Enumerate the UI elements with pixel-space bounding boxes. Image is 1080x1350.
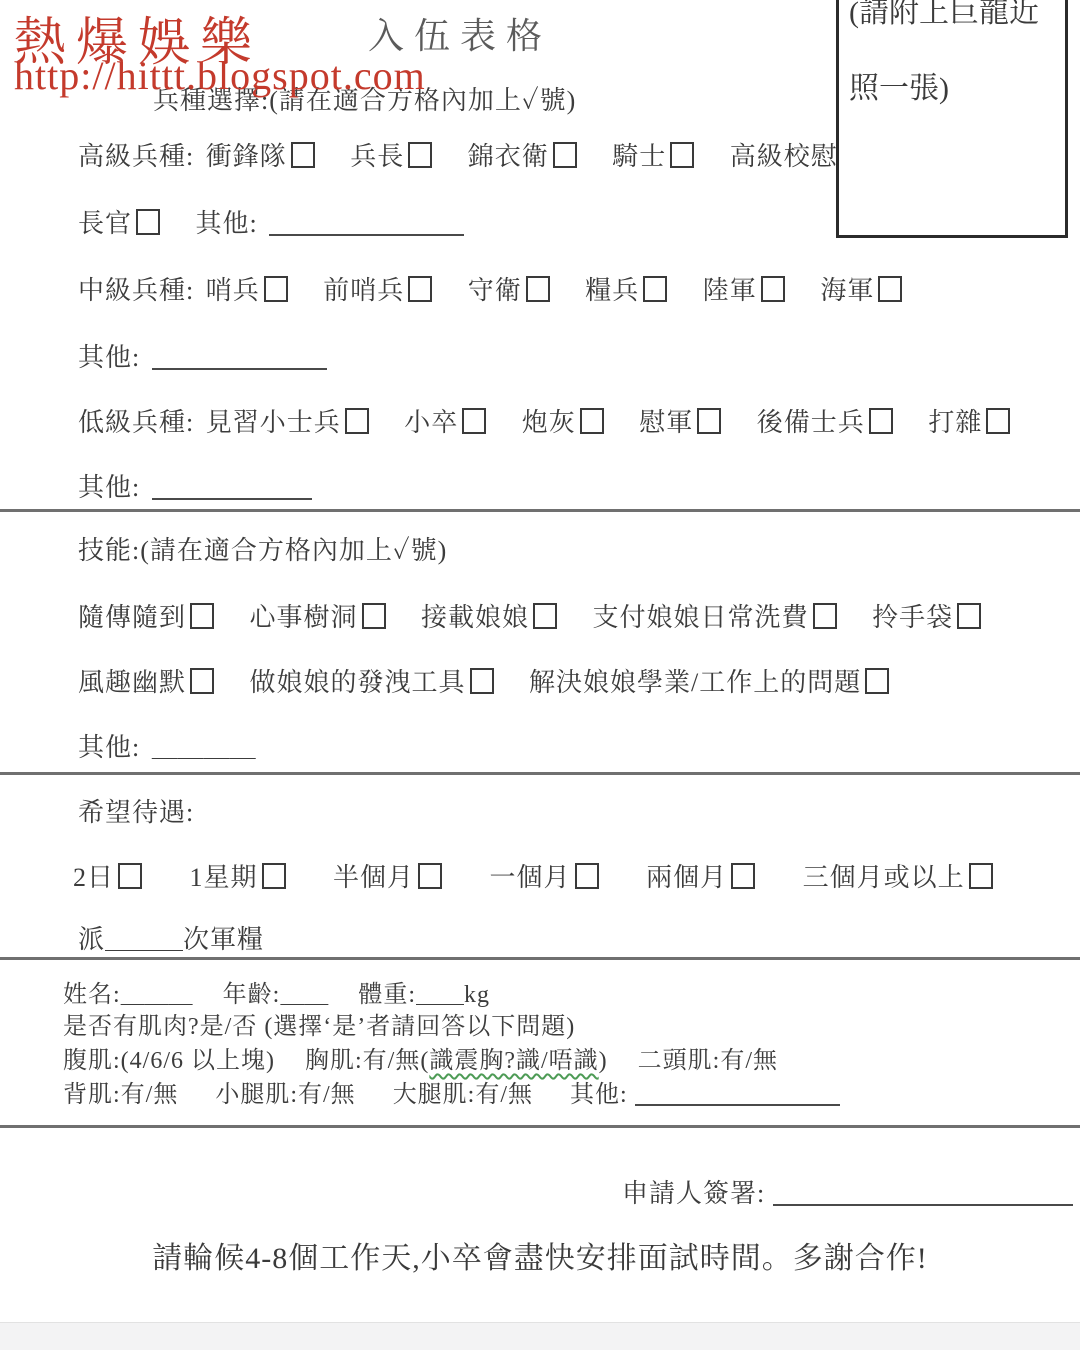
senior-branch-label: 高級兵種:: [78, 142, 194, 171]
ration-suffix: 次軍糧: [183, 925, 264, 954]
abs-label: 腹肌:(4/6/6 以上塊): [63, 1048, 275, 1074]
checkbox-option[interactable]: 小卒: [404, 402, 486, 439]
checkbox-option[interactable]: 心事樹洞: [250, 597, 386, 634]
paren-close: ): [599, 1048, 608, 1074]
checkbox-option[interactable]: 一個月: [490, 857, 599, 894]
calf-label: 小腿肌:有/無: [215, 1082, 355, 1108]
low-branch-label: 低級兵種:: [78, 408, 194, 437]
other-label: 其他:: [78, 343, 140, 372]
mid-other-row: 其他:: [78, 337, 327, 374]
signature-row: 申請人簽署:: [622, 1173, 1073, 1210]
photo-attachment-box: (請附上巨龍近 照一張): [836, 0, 1068, 238]
other-label: 其他:: [196, 209, 258, 238]
photo-box-text-line1: (請附上巨龍近: [849, 0, 1065, 31]
blank-line[interactable]: [152, 476, 312, 500]
checkbox-option[interactable]: 前哨兵: [323, 270, 432, 307]
skills-other-row: 其他: ＿＿＿＿: [78, 727, 256, 764]
skills-row-1: 隨傳隨到 心事樹洞 接載娘娘 支付娘娘日常洗費 拎手袋: [78, 597, 1009, 634]
section-divider: [0, 957, 1080, 960]
section-divider: [0, 1125, 1080, 1128]
mid-branch-row: 中級兵種: 哨兵 前哨兵 守衛 糧兵 陸軍 海軍: [78, 270, 930, 307]
personal-row-3: 腹肌:(4/6/6 以上塊)胸肌:有/無(識震胸?識/唔識)二頭肌:有/無: [63, 1040, 778, 1075]
signature-label: 申請人簽署:: [622, 1179, 765, 1208]
signature-blank-line[interactable]: [773, 1182, 1073, 1206]
paren-open: (: [420, 1048, 429, 1074]
skills-row-2: 風趣幽默 做娘娘的發洩工具 解決娘娘學業/工作上的問題: [78, 662, 917, 699]
checkbox-option[interactable]: 風趣幽默: [78, 662, 214, 699]
checkbox-option[interactable]: 慰軍: [639, 402, 721, 439]
low-branch-row: 低級兵種: 見習小士兵 小卒 炮灰 慰軍 後備士兵 打雜: [78, 402, 1038, 439]
checkbox-option[interactable]: 1星期: [190, 857, 286, 894]
treatment-options-row: 2日 1星期 半個月 一個月 兩個月 三個月或以上: [73, 857, 1033, 894]
biceps-label: 二頭肌:有/無: [638, 1048, 778, 1074]
other-label: 其他:: [78, 473, 140, 502]
name-label: 姓名:: [63, 982, 121, 1008]
checkbox-option[interactable]: 做娘娘的發洩工具: [250, 662, 494, 699]
checkbox-option[interactable]: 炮灰: [522, 402, 604, 439]
senior-branch-row: 高級兵種: 衝鋒隊 兵長 錦衣衛 騎士 高級校慰: [78, 136, 894, 173]
checkbox-option[interactable]: 解決娘娘學業/工作上的問題: [529, 662, 889, 699]
skills-section-header: 技能:(請在適合方格內加上✓號): [78, 530, 447, 567]
bottom-strip: [0, 1322, 1080, 1350]
blank-line[interactable]: ＿＿＿＿: [152, 733, 256, 762]
ration-prefix: 派: [78, 925, 105, 954]
back-label: 背肌:有/無: [63, 1082, 178, 1108]
blank-line[interactable]: [269, 212, 464, 236]
photo-box-text-line2: 照一張): [849, 63, 1065, 107]
personal-row-1: 姓名:＿＿＿年齡:＿＿體重:＿＿kg: [63, 974, 490, 1009]
senior-extra-row: 長官 其他:: [78, 203, 464, 240]
checkbox-option[interactable]: 半個月: [333, 857, 442, 894]
other-label: 其他:: [78, 733, 140, 762]
blank-line[interactable]: ＿＿＿: [121, 982, 193, 1008]
checkbox-option[interactable]: 接載娘娘: [421, 597, 557, 634]
checkbox-option[interactable]: 哨兵: [206, 270, 288, 307]
checkbox-option[interactable]: 見習小士兵: [206, 402, 369, 439]
ration-row: 派＿＿＿次軍糧: [78, 919, 264, 956]
checkbox-option[interactable]: 拎手袋: [872, 597, 981, 634]
low-other-row: 其他:: [78, 467, 312, 504]
checkbox-option[interactable]: 糧兵: [585, 270, 667, 307]
treatment-section-header: 希望待遇:: [78, 792, 194, 829]
section-divider: [0, 509, 1080, 512]
blank-line[interactable]: ＿＿＿: [105, 925, 183, 954]
checkbox-option[interactable]: 錦衣衛: [468, 136, 577, 173]
checkbox-option[interactable]: 2日: [73, 857, 142, 894]
checkbox-option[interactable]: 長官: [78, 203, 160, 240]
mid-branch-label: 中級兵種:: [78, 276, 194, 305]
checkbox-option[interactable]: 陸軍: [703, 270, 785, 307]
thigh-label: 大腿肌:有/無: [393, 1082, 533, 1108]
checkbox-option[interactable]: 隨傳隨到: [78, 597, 214, 634]
weight-label: 體重:: [358, 982, 416, 1008]
checkbox-option[interactable]: 海軍: [820, 270, 902, 307]
checkbox-option[interactable]: 三個月或以上: [803, 857, 993, 894]
personal-row-2: 是否有肌肉?是/否 (選擇‘是’者請回答以下問題): [63, 1006, 575, 1041]
personal-row-4: 背肌:有/無 小腿肌:有/無 大腿肌:有/無 其他:: [63, 1074, 840, 1109]
section-divider: [0, 772, 1080, 775]
checkbox-option[interactable]: 支付娘娘日常洗費: [593, 597, 837, 634]
checkbox-option[interactable]: 後備士兵: [757, 402, 893, 439]
blank-line[interactable]: ＿＿: [280, 982, 328, 1008]
chest-note: 識震胸?識/唔識: [429, 1048, 598, 1074]
weight-unit: kg: [464, 982, 490, 1008]
blank-line[interactable]: [152, 346, 327, 370]
blank-line[interactable]: ＿＿: [416, 982, 464, 1008]
checkbox-option[interactable]: 兩個月: [646, 857, 755, 894]
checkbox-option[interactable]: 兵長: [350, 136, 432, 173]
watermark-url: http://hittt.blogspot.com: [14, 52, 426, 99]
other-label: 其他:: [570, 1082, 628, 1108]
checkbox-option[interactable]: 騎士: [612, 136, 694, 173]
age-label: 年齡:: [223, 982, 281, 1008]
footer-note: 請輪候4-8個工作天,小卒會盡快安排面試時間。多謝合作!: [0, 1233, 1080, 1277]
blank-line[interactable]: [635, 1082, 840, 1106]
checkbox-option[interactable]: 打雜: [928, 402, 1010, 439]
checkbox-option[interactable]: 衝鋒隊: [206, 136, 315, 173]
checkbox-option[interactable]: 守衛: [468, 270, 550, 307]
chest-label: 胸肌:有/無: [305, 1048, 420, 1074]
